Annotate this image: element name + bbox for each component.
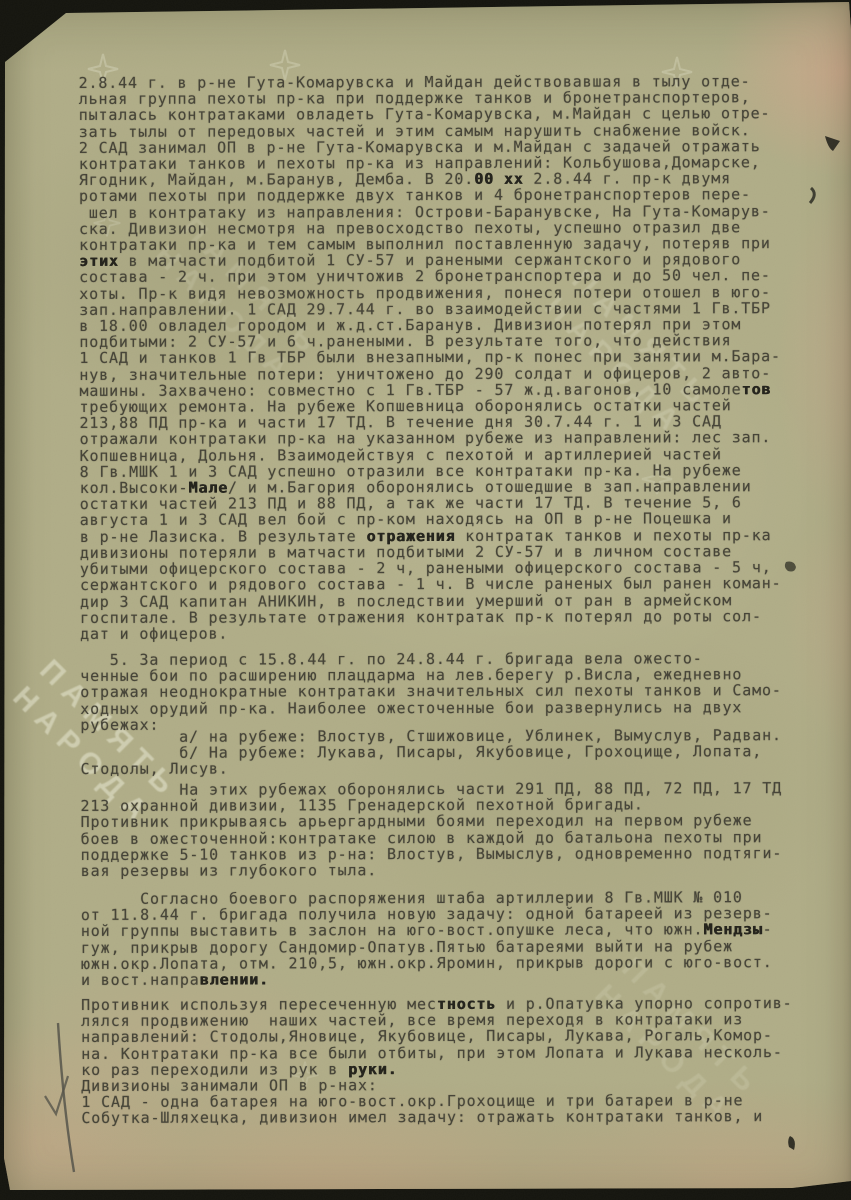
- typed-block-enemy-resistance: Противник используя пересеченную местнос…: [81, 995, 793, 1126]
- pencil-check-mark: [45, 1076, 68, 1114]
- typed-text-layer: 2.8.44 г. в р-не Гута-Комарувска и Майда…: [78, 0, 805, 1200]
- ink-mark-top-right: [825, 136, 840, 151]
- text-line: южн.окр.Лопата, отм. 210,5, южн.окр.Яром…: [81, 954, 773, 972]
- text-line: на. Контратаки пр-ка все были отбиты, пр…: [81, 1044, 792, 1062]
- text-line: Собутка-Шляхецка, дивизион имел задачу: …: [81, 1109, 792, 1127]
- text-line: дат и офицеров.: [80, 624, 782, 642]
- typed-block-paragraph-4: 2.8.44 г. в р-не Гута-Комарувска и Майда…: [79, 73, 782, 642]
- typed-block-defense-lines: На этих рубежах оборонялись части 291 ПД…: [80, 780, 782, 879]
- typed-block-paragraph-5-intro: 5. За период с 15.8.44 г. по 24.8.44 г. …: [80, 650, 782, 733]
- text-line: госпитале. В результате отражения контра…: [80, 608, 782, 626]
- typed-block-combat-order: Согласно боевого распоряжения штаба арти…: [81, 889, 773, 988]
- text-line: и вост.направлении.: [81, 970, 773, 988]
- typed-block-paragraph-5-list: а/ на рубеже: Влостув, Стшижовице, Ублин…: [80, 727, 782, 777]
- text-line: вая резервы из глубокого тыла.: [81, 861, 783, 879]
- document-paper: ПАМЯТЬ НАРОДА ПАМЯТЬ НАРОДА ПАМЯТЬ НАРОД…: [0, 0, 851, 1200]
- ink-mark-squiggle: [810, 188, 814, 203]
- text-line: поддержке 5-10 танков из р-на: Влостув, …: [81, 845, 783, 863]
- text-line: Стодолы, Лисув.: [80, 760, 782, 778]
- text-line: ходных орудий пр-ка. Наиболее ожесточенн…: [80, 699, 782, 717]
- text-line: б/ На рубеже: Лукава, Писары, Якубовице,…: [80, 743, 782, 761]
- scanned-document-page: { "colors":{ "backdrop":"#14140e", "pape…: [0, 0, 851, 1200]
- text-line: ко раз переходили из рук в руки.: [81, 1060, 792, 1078]
- pencil-margin-line: [58, 1023, 74, 1172]
